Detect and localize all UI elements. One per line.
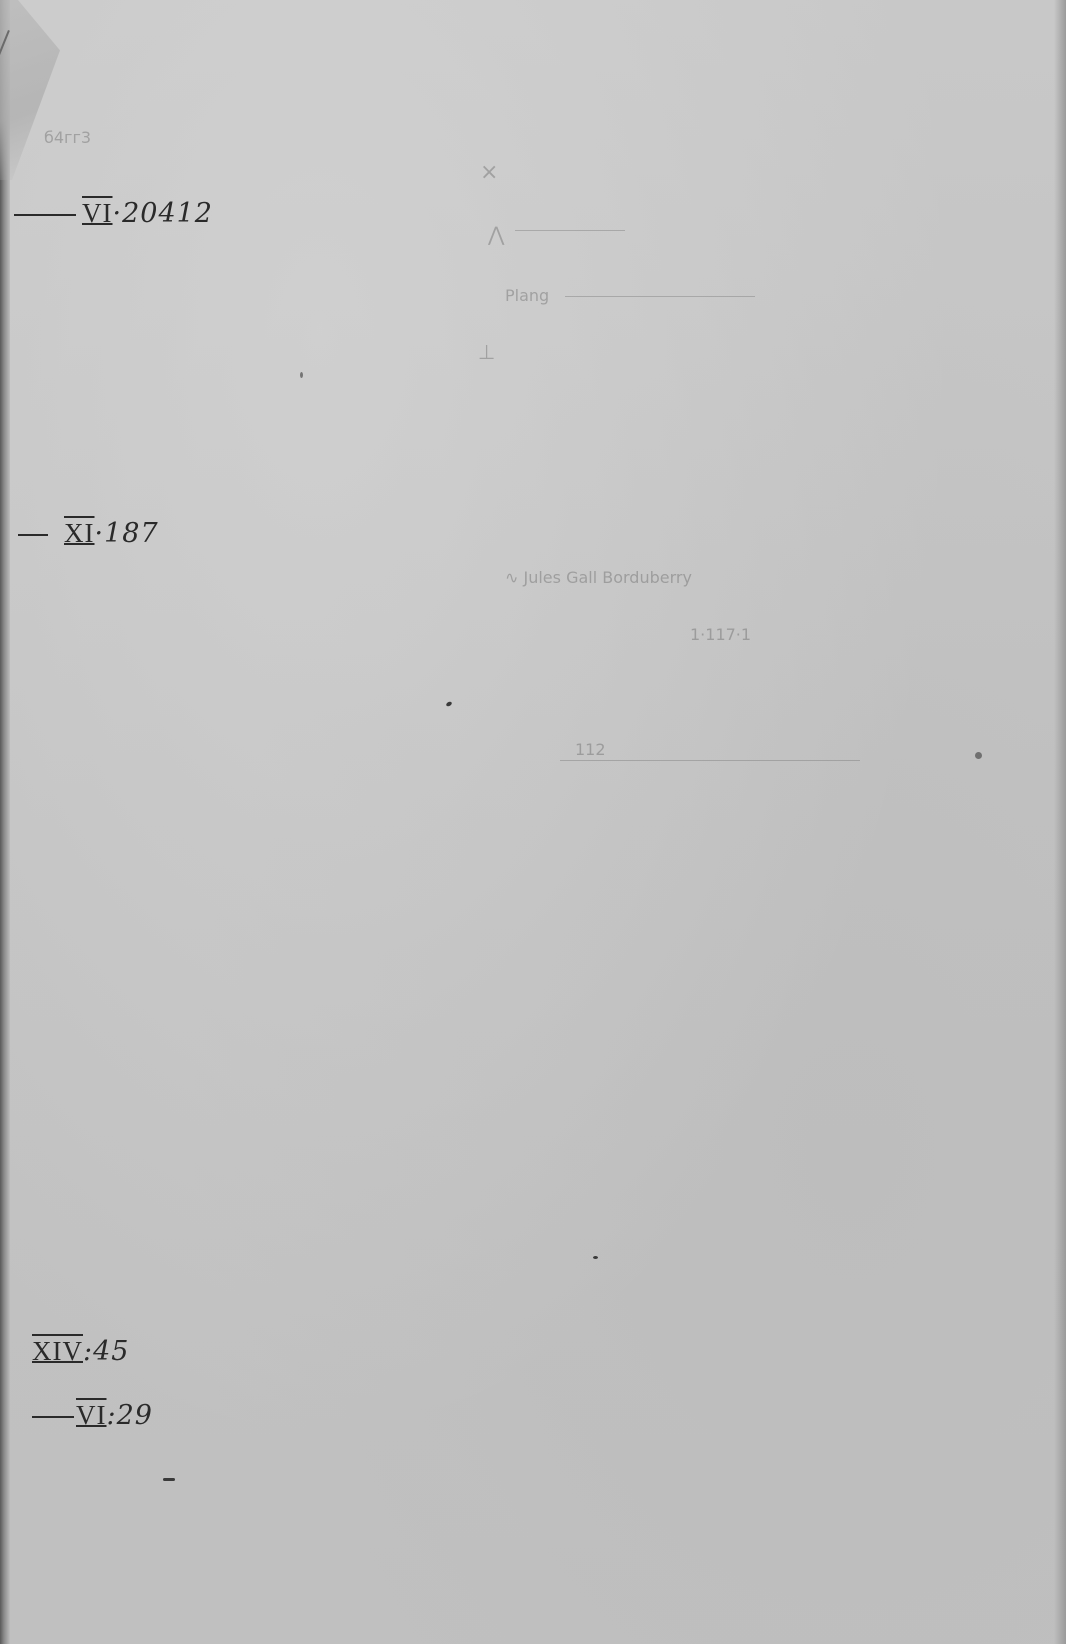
mark-number: 20412: [122, 198, 213, 229]
binding-spine: [0, 0, 10, 1644]
faint-tick-mark: ⊥: [478, 340, 495, 364]
ink-speck: [163, 1478, 175, 1481]
faint-pencil-line-2: 1·117·1: [690, 625, 751, 644]
faint-rule: [515, 230, 625, 231]
mark-number: 187: [104, 518, 159, 549]
shelf-mark-2: XI·187: [18, 518, 159, 549]
shelf-mark-3: XIV:45: [32, 1336, 129, 1367]
ink-speck: [300, 372, 303, 378]
roman-numeral: XIV: [32, 1336, 83, 1366]
mark-number: 45: [93, 1336, 129, 1367]
separator: ·: [95, 518, 105, 549]
separator: ·: [113, 198, 123, 229]
torn-corner: [0, 0, 60, 180]
dash-mark: [32, 1416, 74, 1418]
faint-cross-mark: ×: [480, 160, 498, 185]
document-page: б4гг3 × ⋀ Plang ⊥ ∿ Jules Gall Borduberr…: [0, 0, 1066, 1644]
faint-rule: [560, 760, 860, 761]
faint-pencil-word: Plang: [505, 286, 549, 305]
shelf-mark-1: VI·20412: [14, 198, 213, 229]
roman-numeral: XI: [64, 518, 95, 548]
faint-caret-mark: ⋀: [488, 222, 504, 246]
separator: :: [83, 1336, 93, 1367]
roman-numeral: VI: [76, 1400, 107, 1430]
faint-pencil-smudge: б4гг3: [44, 128, 91, 147]
mark-number: 29: [117, 1400, 153, 1431]
separator: :: [107, 1400, 117, 1431]
roman-numeral: VI: [82, 198, 113, 228]
page-edge-shadow: [1054, 0, 1066, 1644]
dash-mark: [18, 534, 48, 536]
ink-speck: [445, 701, 452, 707]
faint-pencil-line-1: ∿ Jules Gall Borduberry: [505, 568, 692, 587]
faint-rule: [565, 296, 755, 297]
faint-pencil-line-3: 112: [575, 740, 606, 759]
dash-mark: [14, 214, 76, 216]
ink-speck: [593, 1256, 598, 1259]
shelf-mark-4: VI:29: [32, 1400, 153, 1431]
ink-speck: [975, 752, 982, 759]
